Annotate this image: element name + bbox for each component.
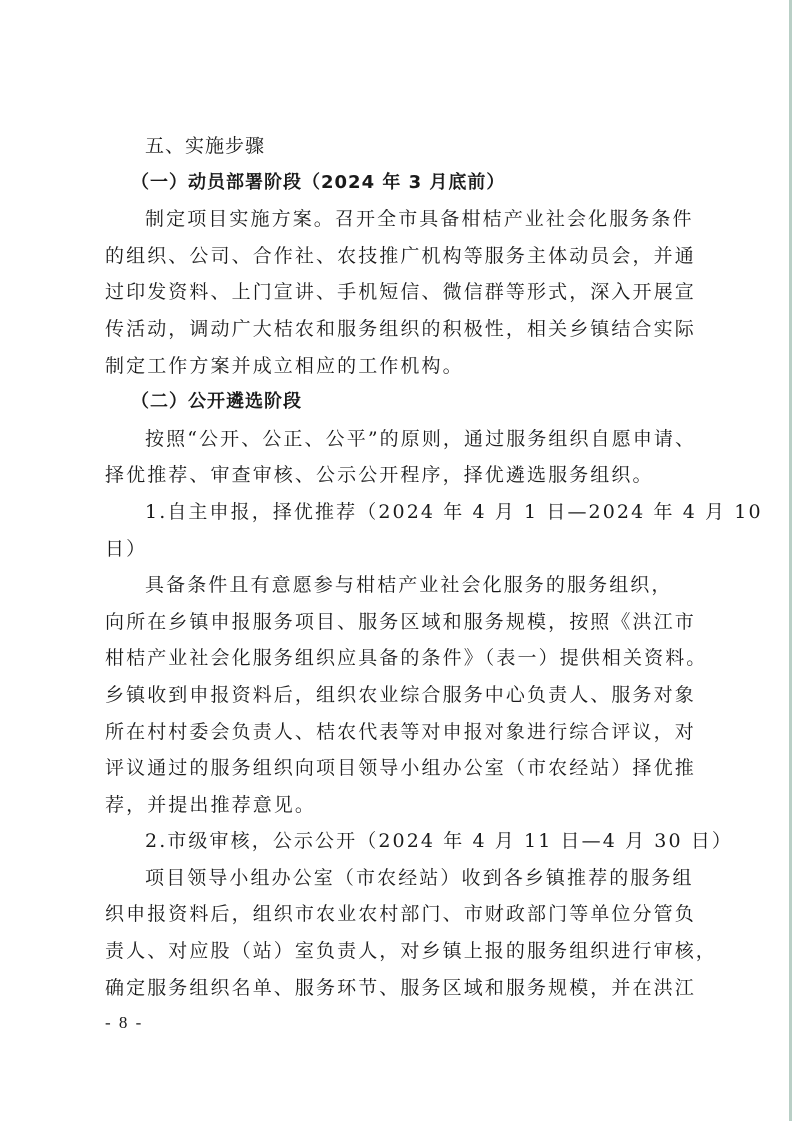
step-heading-2: 2.市级审核，公示公开（2024 年 4 月 11 日—4 月 30 日） [105, 823, 697, 860]
paragraph-line: 荐，并提出推荐意见。 [105, 787, 697, 824]
subsection-heading-2: （二）公开遴选阶段 [105, 384, 697, 421]
document-page: 五、实施步骤 （一）动员部署阶段（2024 年 3 月底前） 制定项目实施方案。… [105, 128, 697, 1006]
paragraph-line: 传活动，调动广大桔农和服务组织的积极性，相关乡镇结合实际 [105, 311, 697, 348]
paragraph-line: 确定服务组织名单、服务环节、服务区域和服务规模，并在洪江 [105, 970, 697, 1007]
step-heading-1-cont: 日） [105, 531, 697, 568]
paragraph-line: 制定项目实施方案。召开全市具备柑桔产业社会化服务条件 [105, 201, 697, 238]
paragraph-line: 制定工作方案并成立相应的工作机构。 [105, 348, 697, 385]
paragraph-line: 责人、对应股（站）室负责人，对乡镇上报的服务组织进行审核， [105, 933, 697, 970]
paragraph-line: 择优推荐、审查审核、公示公开程序，择优遴选服务组织。 [105, 457, 697, 494]
paragraph-line: 评议通过的服务组织向项目领导小组办公室（市农经站）择优推 [105, 750, 697, 787]
paragraph-line: 的组织、公司、合作社、农技推广机构等服务主体动员会，并通 [105, 238, 697, 275]
paragraph-line: 乡镇收到申报资料后，组织农业综合服务中心负责人、服务对象 [105, 677, 697, 714]
paragraph-line: 向所在乡镇申报服务项目、服务区域和服务规模，按照《洪江市 [105, 604, 697, 641]
scan-edge [789, 0, 792, 1121]
paragraph-line: 织申报资料后，组织市农业农村部门、市财政部门等单位分管负 [105, 896, 697, 933]
subsection-heading-1: （一）动员部署阶段（2024 年 3 月底前） [105, 165, 697, 202]
paragraph-line: 柑桔产业社会化服务组织应具备的条件》（表一）提供相关资料。 [105, 640, 697, 677]
paragraph-line: 项目领导小组办公室（市农经站）收到各乡镇推荐的服务组 [105, 860, 697, 897]
section-title: 五、实施步骤 [105, 128, 697, 165]
paragraph-line: 所在村村委会负责人、桔农代表等对申报对象进行综合评议，对 [105, 714, 697, 751]
page-number: - 8 - [105, 1013, 143, 1033]
paragraph-line: 具备条件且有意愿参与柑桔产业社会化服务的服务组织， [105, 567, 697, 604]
paragraph-line: 过印发资料、上门宣讲、手机短信、微信群等形式，深入开展宣 [105, 274, 697, 311]
paragraph-line: 按照“公开、公正、公平”的原则，通过服务组织自愿申请、 [105, 421, 697, 458]
step-heading-1: 1.自主申报，择优推荐（2024 年 4 月 1 日—2024 年 4 月 10 [105, 494, 697, 531]
